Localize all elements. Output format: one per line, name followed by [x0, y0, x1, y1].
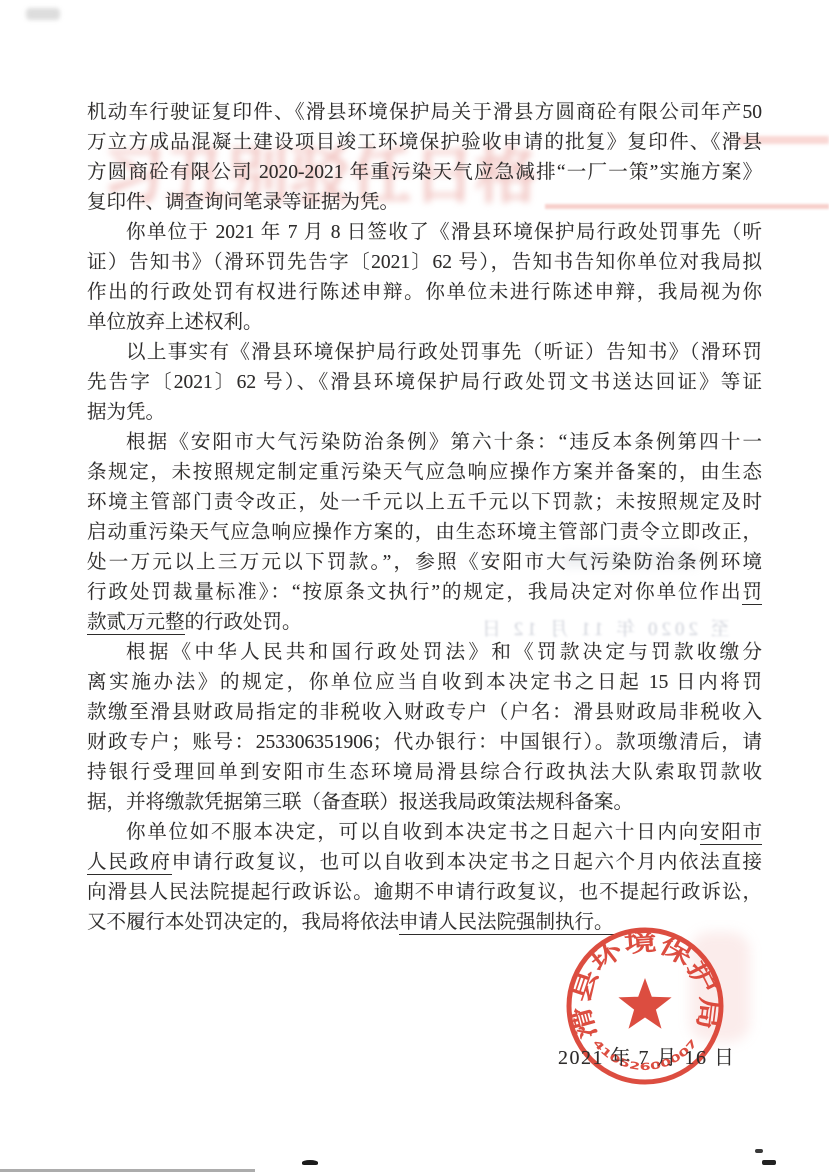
star-icon: [618, 978, 671, 1029]
text-line: 启动重污染天气应急响应操作方案的，由生态环境主管部门责令立即改正，: [87, 518, 762, 548]
text-segment: 据，并将缴款凭据第三联（备查联）报送我局政策法规科备案。: [87, 792, 633, 813]
scan-speck: [762, 1160, 776, 1165]
text-segment: 的行政处罚。: [185, 612, 302, 633]
text-line: 持银行受理回单到安阳市生态环境局滑县综合行政执法大队索取罚款收: [87, 758, 762, 788]
text-segment: 离实施办法》的规定，你单位应当自收到本决定书之日起 15 日内将罚: [87, 672, 762, 693]
text-line: 机动车行驶证复印件、《滑县环境保护局关于滑县方圆商砼有限公司年产50: [87, 98, 762, 128]
text-segment: 先告字〔2021〕62 号）、《滑县环境保护局行政处罚文书送达回证》等证: [87, 372, 762, 393]
text-segment: 处一万元以上三万元以下罚款。”，参照《安阳市大气污染防治条例环境: [87, 552, 762, 573]
text-line: 方圆商砼有限公司 2020-2021 年重污染天气应急减排“一厂一策”实施方案》: [87, 158, 762, 188]
scan-smudge: [26, 8, 60, 20]
text-line: 款缴至滑县财政局指定的非税收入财政专户（户名：滑县财政局非税收入: [87, 698, 762, 728]
text-segment: 款缴至滑县财政局指定的非税收入财政专户（户名：滑县财政局非税收入: [87, 702, 762, 723]
decision-date: 2021 年 7 月 16 日: [558, 1041, 736, 1070]
text-line: 以上事实有《滑县环境保护局行政处罚事先（听证）告知书》（滑环罚: [87, 338, 762, 368]
text-line: 复印件、调查询问笔录等证据为凭。: [87, 188, 762, 218]
text-line: 你单位如不服本决定，可以自收到本决定书之日起六十日内向安阳市: [87, 818, 762, 848]
underlined-text: 人民政府: [87, 852, 172, 875]
scan-speck: [755, 1149, 763, 1153]
text-segment: 财政专户；账号：253306351906；代办银行：中国银行）。款项缴清后，请: [87, 732, 762, 753]
text-segment: 你单位于 2021 年 7 月 8 日签收了《滑县环境保护局行政处罚事先（听: [126, 222, 762, 243]
text-line: 你单位于 2021 年 7 月 8 日签收了《滑县环境保护局行政处罚事先（听: [87, 218, 762, 248]
text-line: 款贰万元整的行政处罚。: [87, 608, 762, 638]
text-segment: 行政处罚裁量标准》：“按原条文执行”的规定，我局决定对你单位作出: [87, 582, 742, 603]
text-segment: 复印件、调查询问笔录等证据为凭。: [87, 192, 399, 213]
text-segment: 方圆商砼有限公司 2020-2021 年重污染天气应急减排“一厂一策”实施方案》: [87, 162, 762, 183]
underlined-text: 款贰万元整: [87, 612, 185, 635]
underlined-text: 安阳市: [700, 822, 762, 845]
scanned-document-page: 习丑别驳任日格 至 2020 年 11 月 12 日 机动车行驶证复印件、《滑县…: [0, 0, 829, 1172]
text-line: 处一万元以上三万元以下罚款。”，参照《安阳市大气污染防治条例环境: [87, 548, 762, 578]
text-line: 行政处罚裁量标准》：“按原条文执行”的规定，我局决定对你单位作出罚: [87, 578, 762, 608]
text-line: 根据《中华人民共和国行政处罚法》和《罚款决定与罚款收缴分: [87, 638, 762, 668]
text-segment: 以上事实有《滑县环境保护局行政处罚事先（听证）告知书》（滑环罚: [126, 342, 762, 363]
text-line: 先告字〔2021〕62 号）、《滑县环境保护局行政处罚文书送达回证》等证: [87, 368, 762, 398]
text-segment: 作出的行政处罚有权进行陈述申辩。你单位未进行陈述申辩，我局视为你: [87, 282, 762, 303]
text-segment: 证）告知书》（滑环罚先告字〔2021〕62 号），告知书告知你单位对我局拟: [87, 252, 762, 273]
text-line: 据为凭。: [87, 398, 762, 428]
text-line: 向滑县人民法院提起行政诉讼。逾期不申请行政复议，也不提起行政诉讼，: [87, 878, 762, 908]
text-segment: 启动重污染天气应急响应操作方案的，由生态环境主管部门责令立即改正，: [87, 522, 762, 543]
underlined-text: 罚: [742, 582, 762, 605]
document-text: 机动车行驶证复印件、《滑县环境保护局关于滑县方圆商砼有限公司年产50万立方成品混…: [87, 98, 762, 938]
text-line: 单位放弃上述权利。: [87, 308, 762, 338]
text-segment: 你单位如不服本决定，可以自收到本决定书之日起六十日内向: [126, 822, 700, 843]
text-segment: 根据《中华人民共和国行政处罚法》和《罚款决定与罚款收缴分: [126, 642, 762, 663]
text-segment: 向滑县人民法院提起行政诉讼。逾期不申请行政复议，也不提起行政诉讼，: [87, 882, 762, 903]
text-line: 财政专户；账号：253306351906；代办银行：中国银行）。款项缴清后，请: [87, 728, 762, 758]
text-segment: 环境主管部门责令改正，处一千元以上五千元以下罚款；未按照规定及时: [87, 492, 762, 513]
text-line: 离实施办法》的规定，你单位应当自收到本决定书之日起 15 日内将罚: [87, 668, 762, 698]
text-segment: 单位放弃上述权利。: [87, 312, 263, 333]
text-line: 环境主管部门责令改正，处一千元以上五千元以下罚款；未按照规定及时: [87, 488, 762, 518]
text-line: 根据《安阳市大气污染防治条例》第六十条：“违反本条例第四十一: [87, 428, 762, 458]
text-segment: 根据《安阳市大气污染防治条例》第六十条：“违反本条例第四十一: [126, 432, 762, 453]
text-segment: 申请行政复议，也可以自收到本决定书之日起六个月内依法直接: [172, 852, 762, 873]
text-line: 作出的行政处罚有权进行陈述申辩。你单位未进行陈述申辩，我局视为你: [87, 278, 762, 308]
text-line: 人民政府申请行政复议，也可以自收到本决定书之日起六个月内依法直接: [87, 848, 762, 878]
scan-speck: [302, 1160, 318, 1165]
text-segment: 条规定，未按照规定制定重污染天气应急响应操作方案并备案的，由生态: [87, 462, 762, 483]
text-line: 条规定，未按照规定制定重污染天气应急响应操作方案并备案的，由生态: [87, 458, 762, 488]
text-line: 证）告知书》（滑环罚先告字〔2021〕62 号），告知书告知你单位对我局拟: [87, 248, 762, 278]
text-line: 据，并将缴款凭据第三联（备查联）报送我局政策法规科备案。: [87, 788, 762, 818]
text-segment: 万立方成品混凝土建设项目竣工环境保护验收申请的批复》复印件、《滑县: [87, 132, 762, 153]
text-segment: 又不履行本处罚决定的，我局将依法: [87, 912, 399, 933]
text-segment: 机动车行驶证复印件、《滑县环境保护局关于滑县方圆商砼有限公司年产50: [87, 102, 762, 123]
text-segment: 据为凭。: [87, 402, 165, 423]
text-line: 万立方成品混凝土建设项目竣工环境保护验收申请的批复》复印件、《滑县: [87, 128, 762, 158]
text-segment: 持银行受理回单到安阳市生态环境局滑县综合行政执法大队索取罚款收: [87, 762, 762, 783]
